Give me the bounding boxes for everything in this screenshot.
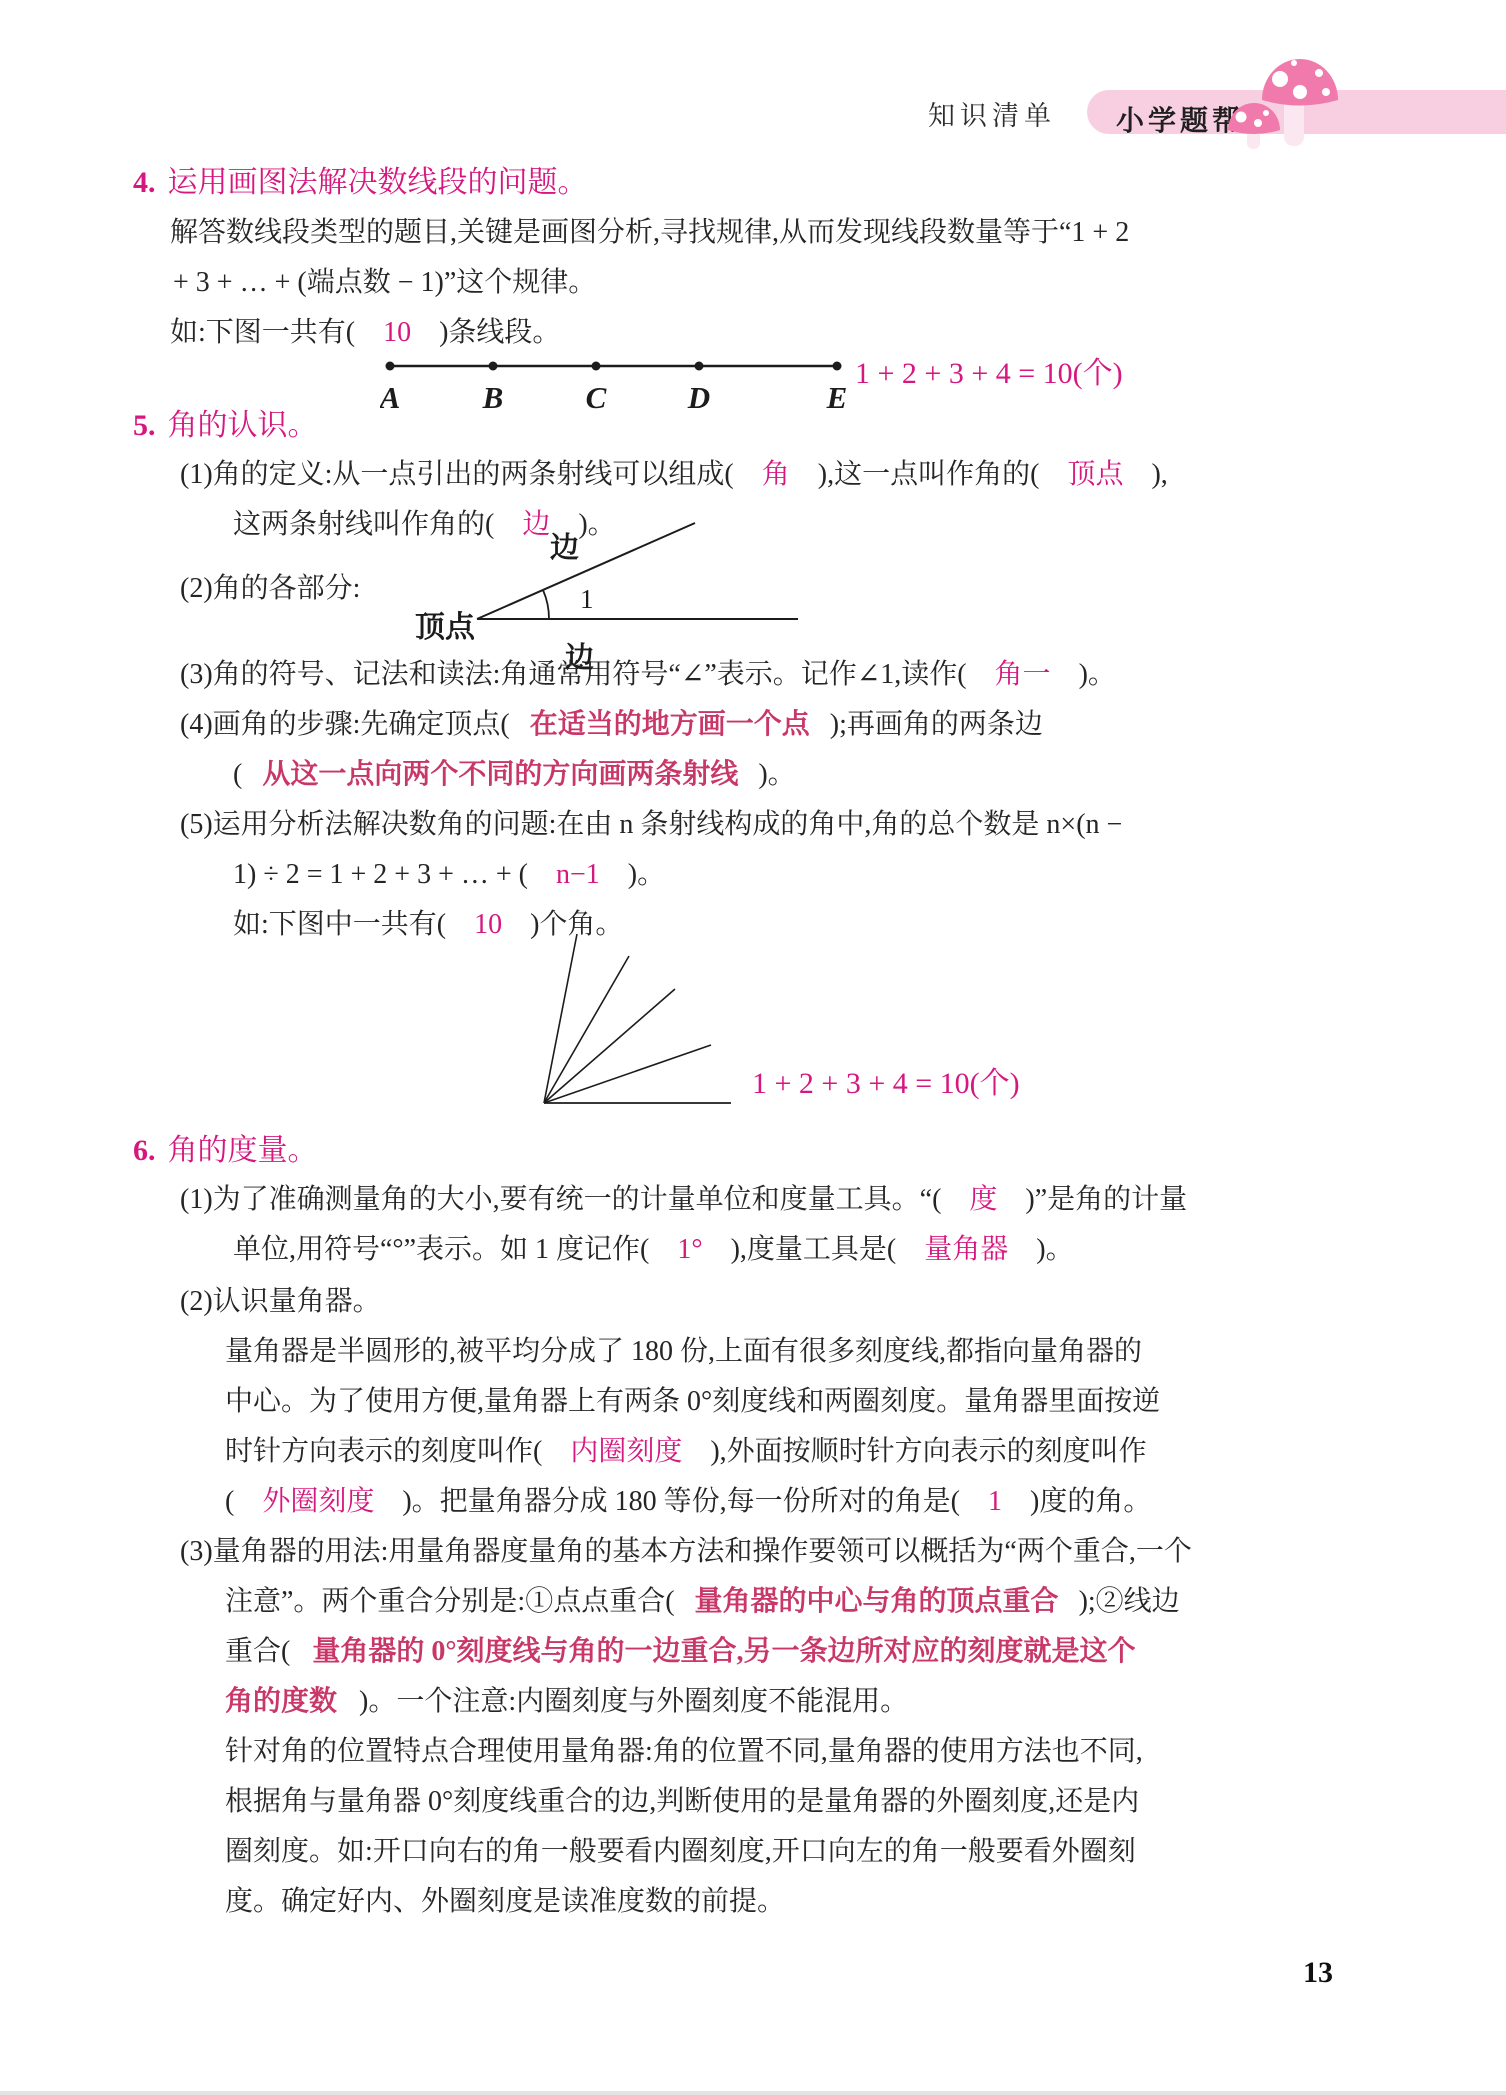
line-segment-diagram: A B C D E [380,352,860,414]
edge-label-top: 边 [550,531,579,564]
fan-ray [544,956,629,1103]
vertex-label: 顶点 [415,611,476,644]
s5-item5-line2: 1) ÷ 2 = 1 + 2 + 3 + … + (n−1)。 [233,852,665,892]
point-label: E [826,380,848,414]
s6-item3-para-line7: 圈刻度。如:开口向右的角一般要看内圈刻度,开口向左的角一般要看外圈刻 [225,1829,1136,1869]
s6-item3-para-line5: 针对角的位置特点合理使用量角器:角的位置不同,量角器的使用方法也不同, [225,1729,1143,1769]
answer-blank: 顶点 [1039,459,1151,490]
mushrooms-icon [1220,50,1350,150]
answer-blank: 1 [960,1486,1030,1517]
s6-item2-label: (2)认识量角器。 [180,1279,381,1319]
s6-item2-para-line3: 时针方向表示的刻度叫作(内圈刻度),外面按顺时针方向表示的刻度叫作 [225,1429,1147,1469]
s5-item5-line1: (5)运用分析法解决数角的问题:在由 n 条射线构成的角中,角的总个数是 n×(… [180,802,1122,842]
s6-item3-line3: 重合(量角器的 0°刻度线与角的一边重合,另一条边所对应的刻度就是这个 [225,1629,1136,1669]
answer-blank-handwritten: 量角器的中心与角的顶点重合 [675,1586,1079,1617]
answer-blank: 外圈刻度 [234,1486,402,1517]
answer-blank-handwritten: 从这一点向两个不同的方向画两条射线 [242,759,758,790]
answer-blank-handwritten: 角的度数 [225,1686,359,1717]
s6-item3-line2: 注意”。两个重合分别是:①点点重合(量角器的中心与角的顶点重合);②线边 [225,1579,1180,1619]
section-title: 角的度量。 [168,1134,318,1167]
point-label: D [687,380,710,414]
point-label: A [380,380,400,414]
point-dot [592,362,601,371]
answer-blank-handwritten: 量角器的 0°刻度线与角的一边重合,另一条边所对应的刻度就是这个 [290,1636,1135,1667]
section-4-heading: 4.运用画图法解决数线段的问题。 [133,157,588,201]
answer-blank: 量角器 [896,1234,1036,1265]
s5-item2-label: (2)角的各部分: [180,566,360,606]
s6-item2-para-line2: 中心。为了使用方便,量角器上有两条 0°刻度线和两圈刻度。量角器里面按逆 [225,1379,1160,1419]
page-number: 13 [1303,1956,1333,1990]
fan-ray [544,1045,711,1103]
header-tab-label: 知识清单 [928,94,1056,133]
answer-blank: 10 [446,909,530,940]
answer-blank: 角一 [967,659,1079,690]
s6-item3-para-line6: 根据角与量角器 0°刻度线重合的边,判断使用的是量角器的外圈刻度,还是内 [225,1779,1139,1819]
s4-paragraph-line2: + 3 + … + (端点数 − 1)”这个规律。 [173,260,596,300]
section-number: 4. [133,166,156,199]
s6-item3-line4: 角的度数)。一个注意:内圈刻度与外圈刻度不能混用。 [225,1679,908,1719]
answer-blank: 内圈刻度 [542,1436,710,1467]
point-label: C [586,380,607,414]
point-dot [489,362,498,371]
section-number: 6. [133,1134,156,1167]
section-title: 运用画图法解决数线段的问题。 [168,166,588,199]
angle-number: 1 [580,584,594,614]
s6-item3-para-line8: 度。确定好内、外圈刻度是读准度数的前提。 [225,1879,785,1919]
angle-count-formula: 1 + 2 + 3 + 4 = 10(个) [752,1058,1020,1102]
section-number: 5. [133,409,156,442]
answer-blank-handwritten: 在适当的地方画一个点 [510,709,830,740]
s5-item3-line: (3)角的符号、记法和读法:角通常用符号“∠”表示。记作∠1,读作(角一)。 [180,652,1116,692]
point-label: B [482,380,504,414]
example-text: )条线段。 [439,317,560,348]
s6-item3-line1: (3)量角器的用法:用量角器度量角的基本方法和操作要领可以概括为“两个重合,一个 [180,1529,1192,1569]
section-5-heading: 5.角的认识。 [133,400,318,444]
s6-item1-line2: 单位,用符号“°”表示。如 1 度记作(1°),度量工具是(量角器)。 [233,1227,1074,1267]
example-text: 如:下图一共有( [170,317,355,348]
workbook-page: { "header": { "tab": "知识清单", "badge": "小… [0,0,1506,2095]
s5-item4-line1: (4)画角的步骤:先确定顶点(在适当的地方画一个点);再画角的两条边 [180,702,1043,742]
answer-blank: 角 [734,459,818,490]
rays-fan-diagram [536,928,746,1110]
s4-example-line: 如:下图一共有(10)条线段。 [170,310,560,350]
section-6-heading: 6.角的度量。 [133,1125,318,1169]
point-dot [833,362,842,371]
answer-blank: 度 [941,1184,1025,1215]
section-title: 角的认识。 [168,409,318,442]
s6-item2-para-line4: (外圈刻度)。把量角器分成 180 等份,每一份所对的角是(1)度的角。 [225,1479,1151,1519]
angle-parts-diagram: 顶点 边 1 边 [400,505,820,675]
segment-count-formula: 1 + 2 + 3 + 4 = 10(个) [855,348,1123,392]
s4-paragraph-line1: 解答数线段类型的题目,关键是画图分析,寻找规律,从而发现线段数量等于“1 + 2 [170,210,1129,250]
point-dot [386,362,395,371]
point-dot [695,362,704,371]
s5-item4-line2: (从这一点向两个不同的方向画两条射线)。 [233,752,796,792]
answer-blank: 10 [355,317,439,348]
answer-blank: 1° [649,1234,730,1265]
angle-arc [543,590,549,619]
s6-item1-line1: (1)为了准确测量角的大小,要有统一的计量单位和度量工具。“(度)”是角的计量 [180,1177,1187,1217]
s6-item2-para-line1: 量角器是半圆形的,被平均分成了 180 份,上面有很多刻度线,都指向量角器的 [225,1329,1142,1369]
answer-blank: n−1 [528,859,628,890]
s5-item1-line1: (1)角的定义:从一点引出的两条射线可以组成(角),这一点叫作角的(顶点), [180,452,1168,492]
